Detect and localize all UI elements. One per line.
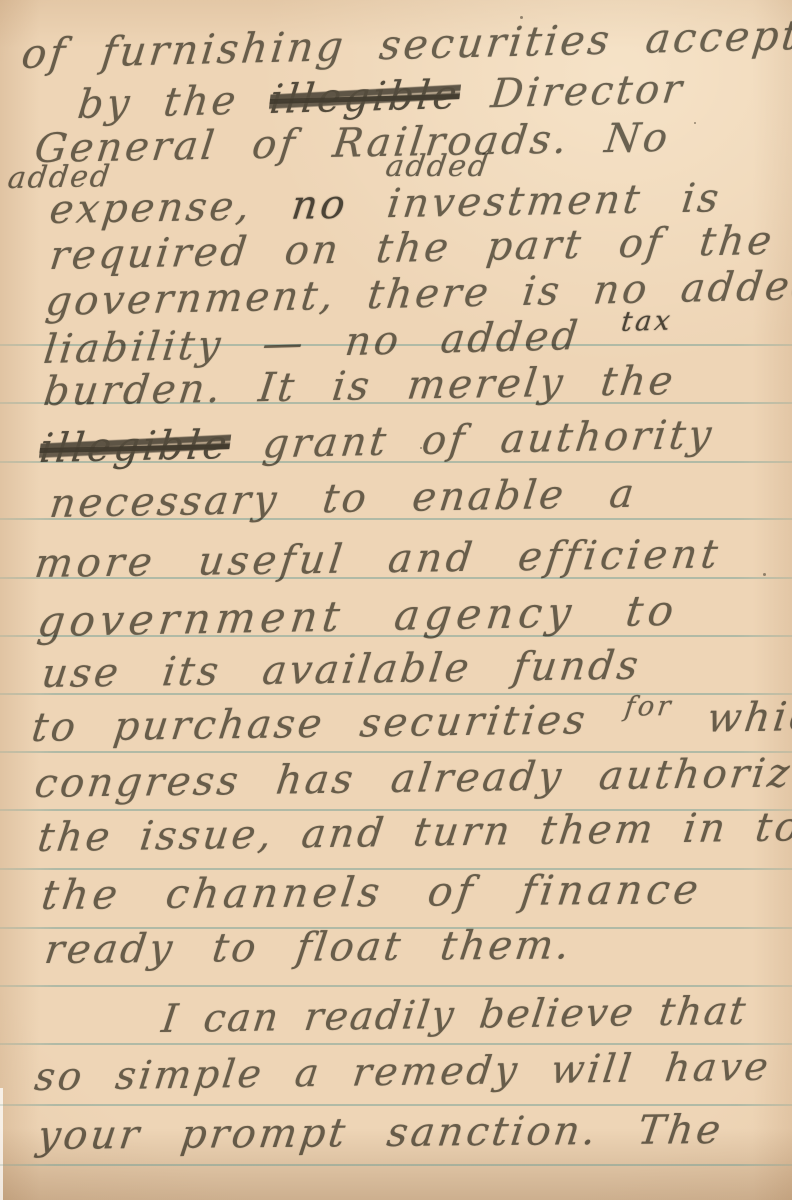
- handwritten-line: illegible grant of authority: [37, 412, 716, 472]
- handwritten-text: expense,: [47, 183, 295, 233]
- handwritten-line: the issue, and turn them in to: [35, 804, 792, 861]
- handwritten-text: use its available funds: [39, 643, 644, 697]
- handwritten-line: the channels of finance: [39, 865, 705, 919]
- handwritten-line: burden. It is merely the: [41, 358, 678, 415]
- handwritten-text: no: [289, 182, 350, 229]
- handwritten-line: congress has already authorized: [32, 750, 792, 807]
- paper-speck: [763, 573, 766, 576]
- handwritten-text: I can readily believe that: [159, 989, 750, 1042]
- handwritten-text: the channels of finance: [39, 865, 705, 919]
- handwritten-text: the issue, and turn them in to: [35, 804, 792, 861]
- handwritten-line: to purchase securities for which: [29, 694, 792, 751]
- inserted-word: for: [623, 691, 675, 723]
- handwritten-line: use its available funds: [39, 643, 644, 697]
- handwritten-text: congress has already authorized: [32, 750, 792, 807]
- handwritten-line: your prompt sanction. The: [35, 1107, 726, 1159]
- handwritten-text: government agency to: [35, 586, 681, 646]
- handwritten-text: by the: [75, 77, 272, 128]
- handwritten-text: grant of authority: [227, 412, 717, 468]
- paper-speck: [694, 122, 696, 124]
- ruled-line: [0, 1104, 792, 1106]
- handwritten-text: General of Railroads. No: [32, 115, 673, 172]
- scribbled-out-word: illegible: [37, 422, 232, 472]
- handwritten-text: so simple a remedy will have: [32, 1045, 773, 1100]
- handwritten-line: I can readily believe that: [159, 989, 750, 1042]
- handwritten-line: ready to float them.: [42, 922, 575, 973]
- handwritten-text: more useful and efficient: [32, 531, 724, 587]
- inserted-word: tax: [620, 306, 675, 338]
- handwritten-text: ready to float them.: [42, 922, 575, 973]
- scanned-letter-page: of furnishing securities acceptedby the …: [0, 0, 792, 1200]
- handwritten-text: Director: [457, 66, 687, 118]
- scribbled-out-word: illegible: [267, 72, 462, 123]
- handwritten-text: which: [669, 694, 792, 742]
- handwritten-line: more useful and efficient: [32, 531, 724, 587]
- handwritten-text: burden. It is merely the: [41, 358, 678, 415]
- ruled-line: [0, 1164, 792, 1166]
- handwritten-line: government agency to: [35, 586, 681, 646]
- handwritten-line: General of Railroads. No: [32, 115, 673, 172]
- handwritten-text: your prompt sanction. The: [35, 1107, 726, 1159]
- ruled-line: [0, 985, 792, 987]
- ruled-line: [0, 1043, 792, 1045]
- handwritten-line: so simple a remedy will have: [32, 1045, 773, 1100]
- handwritten-text: to purchase securities: [29, 697, 626, 751]
